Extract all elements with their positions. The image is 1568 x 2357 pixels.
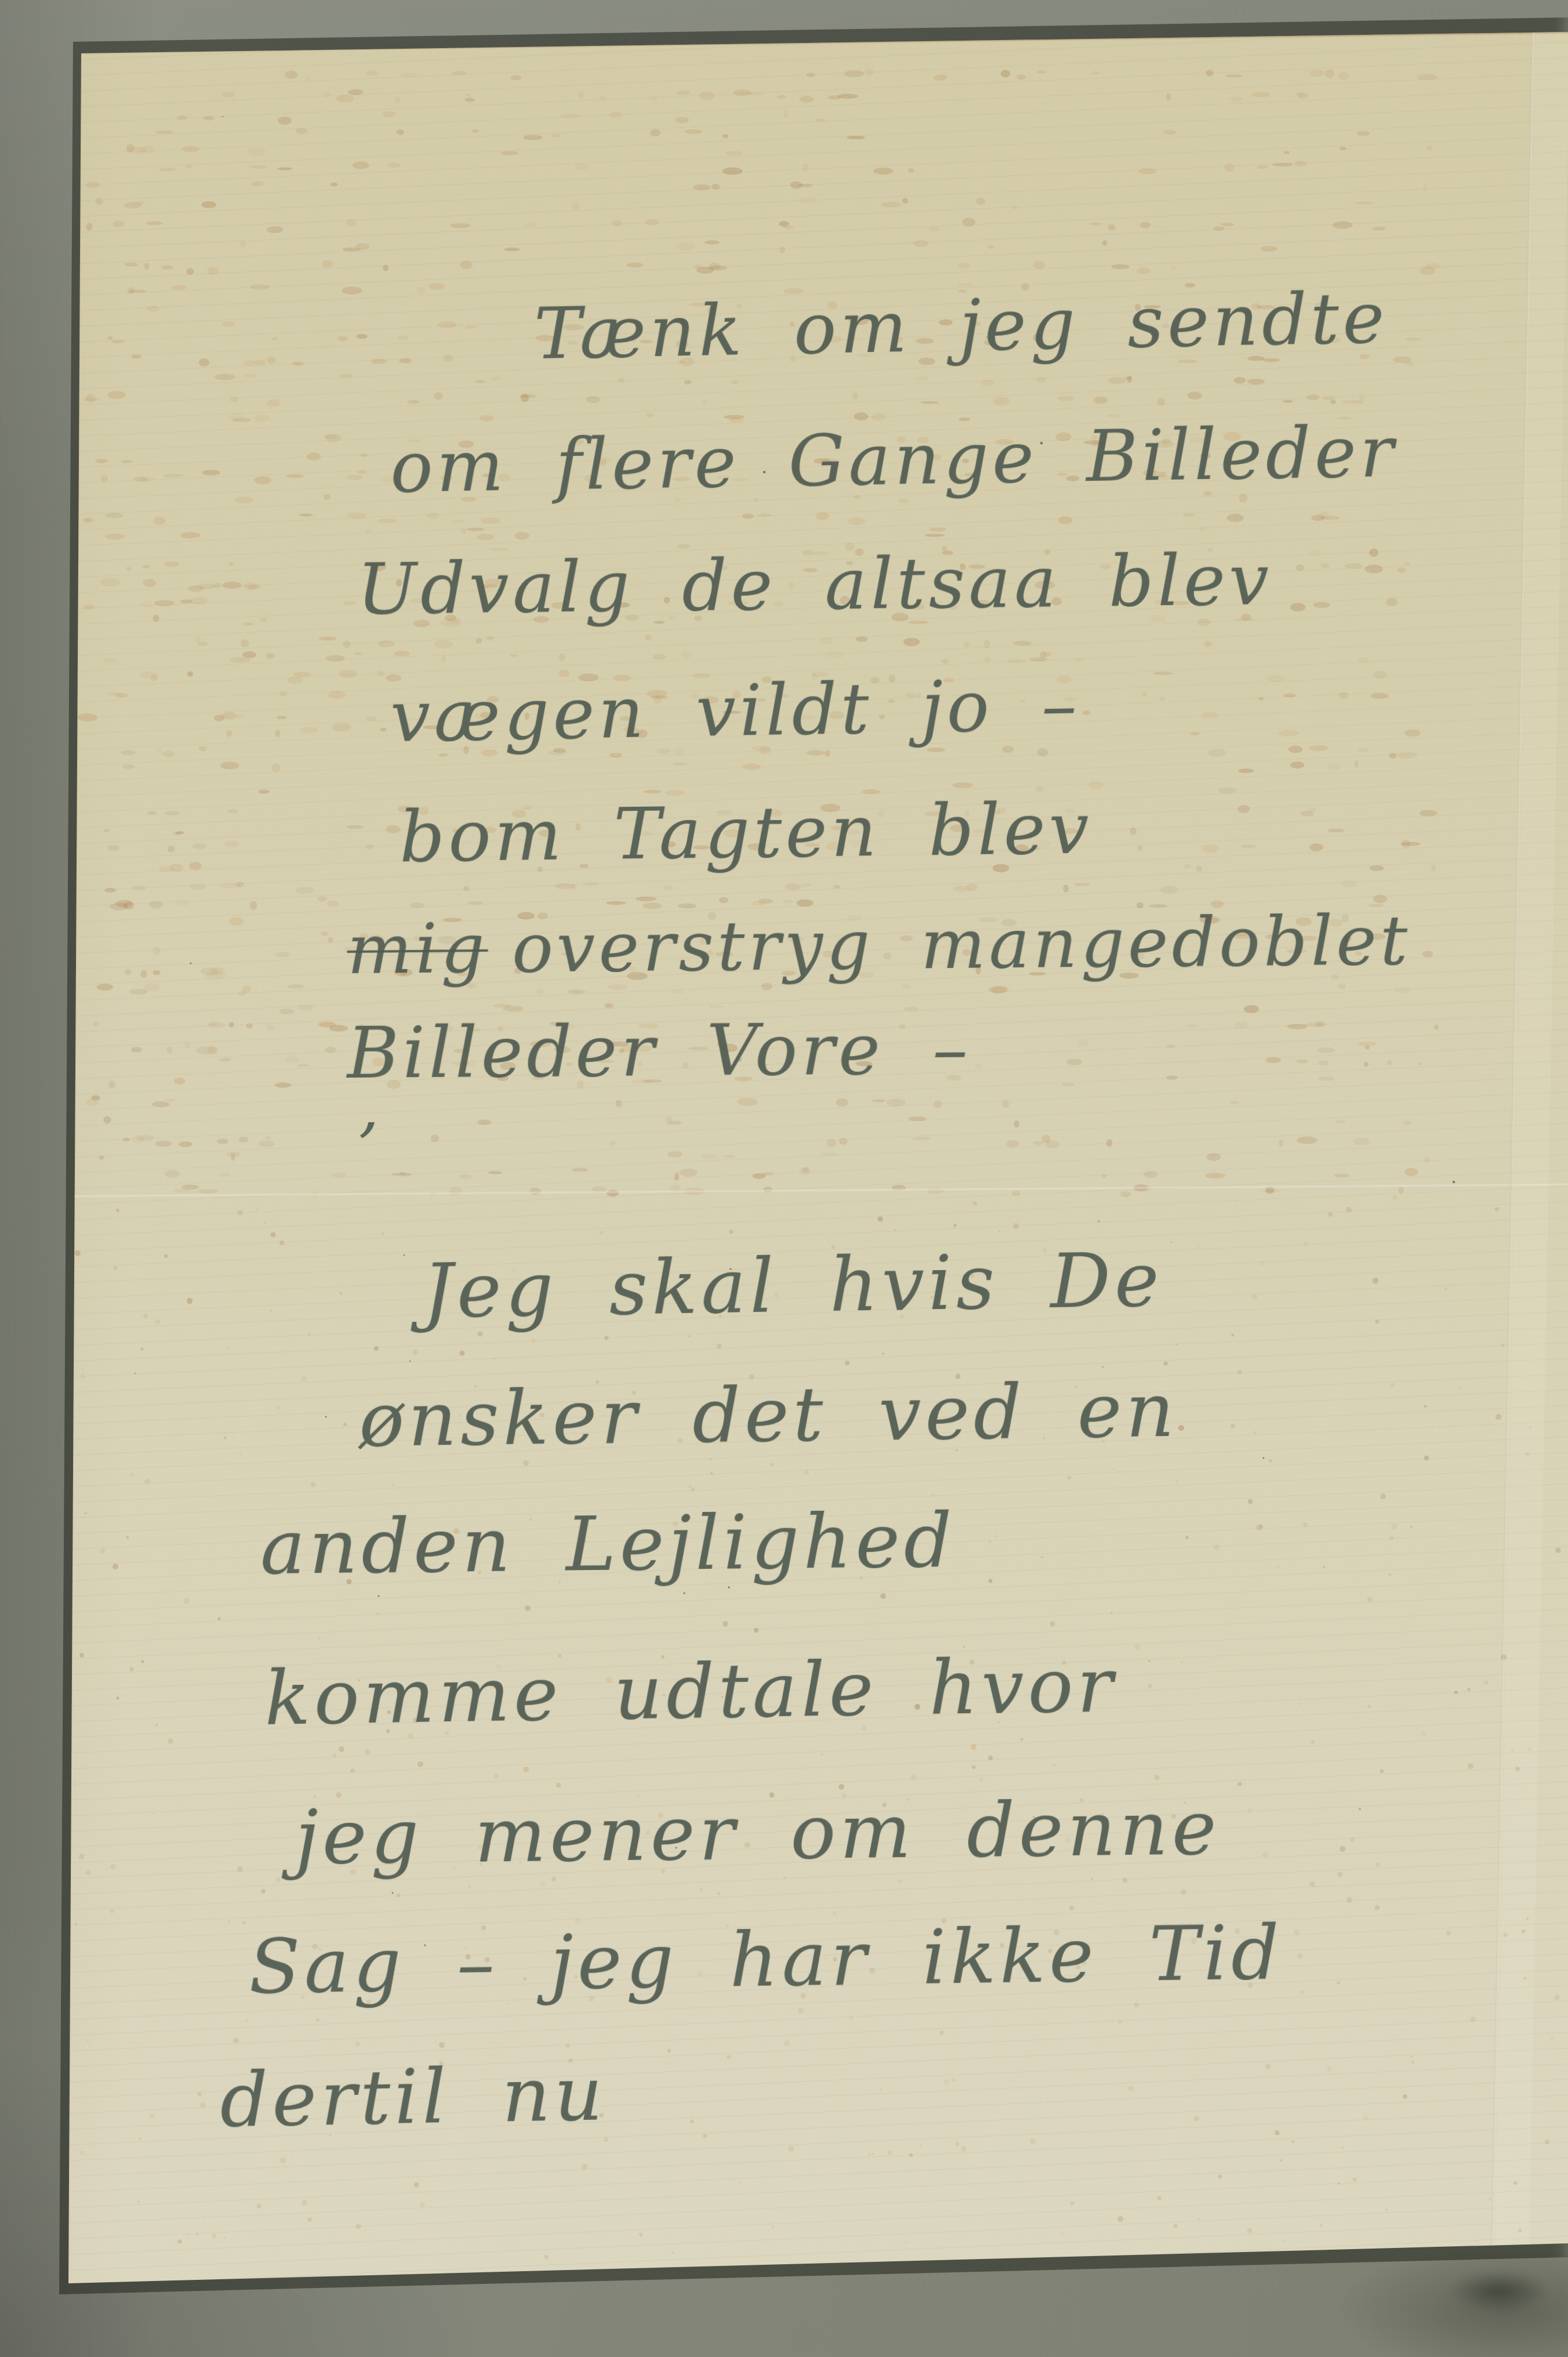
handwriting-line: Jeg skal hvis De [422,1235,1163,1335]
line-text: Tænk om jeg sendte [533,277,1389,375]
line-text: overstryg mangedoblet [511,900,1411,988]
handwriting-line: Udvalg de altsaa blev [357,538,1273,630]
line-text: Sag – jeg har ikke Tid [248,1908,1284,2011]
line-text: Jeg skal hvis De [422,1235,1163,1335]
handwriting-line: Billeder Vore – [347,1007,972,1094]
handwriting-line: dertil nu [219,2049,607,2144]
line-text: anden Lejlighed [260,1496,956,1591]
line-text: jeg mener om denne [295,1783,1221,1881]
line-text: komme udtale hvor [264,1641,1117,1742]
stray-pencil-mark: ‚ [358,1070,382,1144]
line-text: om flere Gange Billeder [390,411,1398,509]
scan-photo: { "page": { "background_color": "#7d8074… [0,0,1568,2357]
handwriting-line: om flere Gange Billeder [390,411,1398,509]
struck-word: mig [347,908,488,989]
handwriting-line: vægen vildt jo – [390,663,1081,758]
line-text: bom Tagten blev [399,787,1093,878]
line-text: ‚ [358,1070,382,1144]
line-text: dertil nu [219,2049,607,2144]
handwriting-line: bom Tagten blev [399,787,1093,878]
handwriting-line: Sag – jeg har ikke Tid [248,1908,1284,2011]
line-text: Billeder Vore – [347,1007,972,1094]
line-text: ønsker det ved en [358,1366,1178,1464]
handwriting-line: komme udtale hvor [264,1641,1117,1742]
handwriting-line: Tænk om jeg sendte [533,277,1389,375]
handwriting-line: anden Lejlighed [260,1496,956,1591]
line-text: vægen vildt jo – [390,663,1081,758]
letter-page: Tænk om jeg sendte om flere Gange Billed… [0,0,1568,2357]
line-text: Udvalg de altsaa blev [357,538,1273,630]
photo-background: Tænk om jeg sendte om flere Gange Billed… [0,0,1568,2357]
handwriting-line: ønsker det ved en [358,1366,1178,1464]
handwriting-block: Tænk om jeg sendte om flere Gange Billed… [0,0,1568,2357]
handwriting-line: jeg mener om denne [295,1783,1221,1881]
handwriting-line-with-strikethrough: migoverstryg mangedoblet [347,900,1411,989]
background-smudge [1450,2271,1548,2311]
